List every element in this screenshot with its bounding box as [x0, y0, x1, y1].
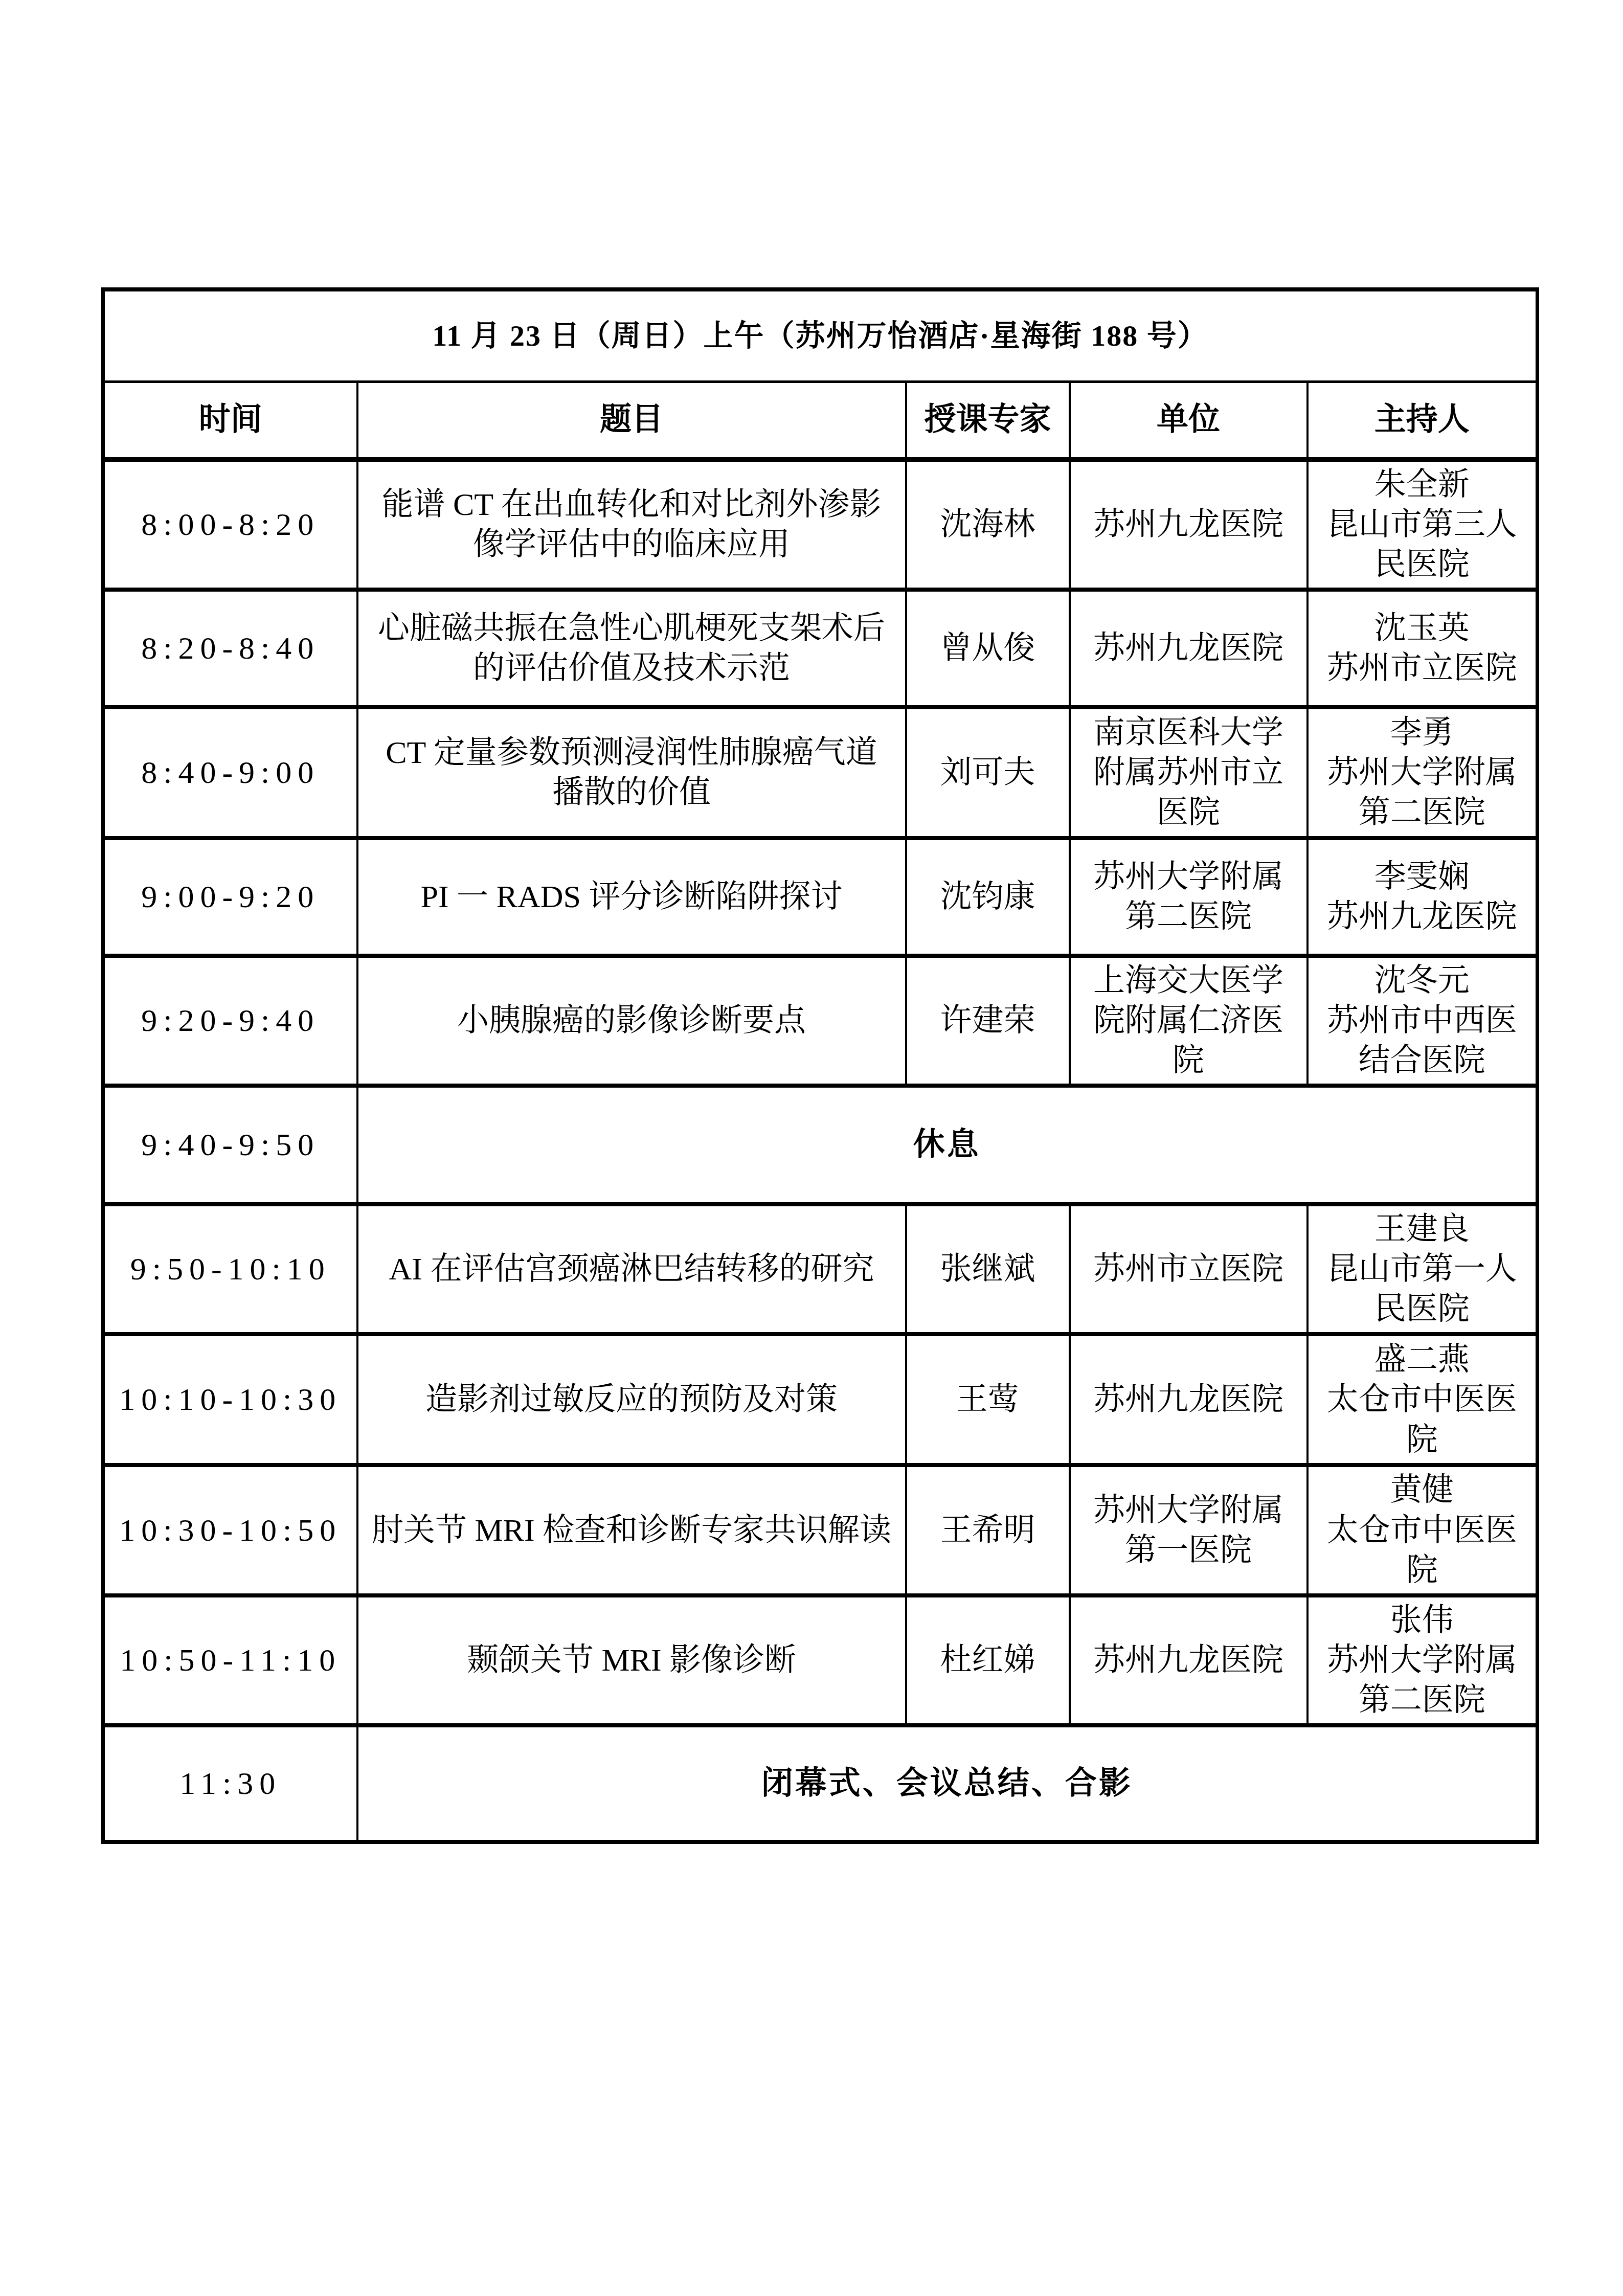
- host-unit: 昆山市第三人民医院: [1317, 505, 1528, 584]
- topic-cell: 肘关节 MRI 检查和诊断专家共识解读: [357, 1465, 906, 1595]
- column-header-row: 时间 题目 授课专家 单位 主持人: [103, 381, 1538, 459]
- unit-cell: 苏州大学附属第二医院: [1070, 838, 1308, 956]
- speaker-cell: 曾从俊: [906, 590, 1070, 707]
- speaker-cell: 许建荣: [906, 956, 1070, 1086]
- speaker-cell: 杜红娣: [906, 1595, 1070, 1725]
- host-name: 张伟: [1317, 1601, 1528, 1640]
- host-unit: 昆山市第一人民医院: [1317, 1249, 1528, 1329]
- host-cell: 李雯娴苏州九龙医院: [1308, 838, 1538, 956]
- topic-cell: 能谱 CT 在出血转化和对比剂外渗影像学评估中的临床应用: [357, 459, 906, 590]
- host-unit: 太仓市中医医院: [1317, 1380, 1528, 1459]
- col-header-time: 时间: [103, 381, 357, 459]
- host-cell: 王建良昆山市第一人民医院: [1308, 1204, 1538, 1334]
- host-cell: 朱全新昆山市第三人民医院: [1308, 459, 1538, 590]
- topic-cell: 小胰腺癌的影像诊断要点: [357, 956, 906, 1086]
- topic-cell: 造影剂过敏反应的预防及对策: [357, 1334, 906, 1465]
- document-page: { "page": { "paper_color": "#ffffff", "i…: [0, 0, 1623, 2296]
- host-name: 李勇: [1317, 713, 1528, 753]
- schedule-row: 8:40-9:00CT 定量参数预测浸润性肺腺癌气道播散的价值刘可夫南京医科大学…: [103, 707, 1538, 838]
- col-header-unit: 单位: [1070, 381, 1308, 459]
- host-name: 李雯娴: [1317, 857, 1528, 897]
- topic-cell: CT 定量参数预测浸润性肺腺癌气道播散的价值: [357, 707, 906, 838]
- time-cell: 9:40-9:50: [103, 1086, 357, 1204]
- host-unit: 苏州市中西医结合医院: [1317, 1001, 1528, 1081]
- unit-cell: 苏州九龙医院: [1070, 1334, 1308, 1465]
- schedule-row: 9:00-9:20PI 一 RADS 评分诊断陷阱探讨沈钧康苏州大学附属第二医院…: [103, 838, 1538, 956]
- unit-cell: 南京医科大学附属苏州市立医院: [1070, 707, 1308, 838]
- merged-session-cell: 休息: [357, 1086, 1538, 1204]
- host-name: 沈冬元: [1317, 961, 1528, 1001]
- speaker-cell: 沈钧康: [906, 838, 1070, 956]
- host-name: 王建良: [1317, 1209, 1528, 1249]
- table-body: 8:00-8:20能谱 CT 在出血转化和对比剂外渗影像学评估中的临床应用沈海林…: [103, 459, 1538, 1842]
- time-cell: 10:30-10:50: [103, 1465, 357, 1595]
- conference-schedule-table: 11 月 23 日（周日）上午（苏州万怡酒店·星海街 188 号） 时间 题目 …: [101, 287, 1539, 1844]
- schedule-row: 9:50-10:10AI 在评估宫颈癌淋巴结转移的研究张继斌苏州市立医院王建良昆…: [103, 1204, 1538, 1334]
- topic-cell: 颞颌关节 MRI 影像诊断: [357, 1595, 906, 1725]
- time-cell: 9:50-10:10: [103, 1204, 357, 1334]
- schedule-row: 8:20-8:40心脏磁共振在急性心肌梗死支架术后的评估价值及技术示范曾从俊苏州…: [103, 590, 1538, 707]
- unit-cell: 苏州九龙医院: [1070, 459, 1308, 590]
- host-cell: 盛二燕太仓市中医医院: [1308, 1334, 1538, 1465]
- unit-cell: 苏州大学附属第一医院: [1070, 1465, 1308, 1595]
- host-unit: 苏州大学附属第二医院: [1317, 1640, 1528, 1720]
- unit-cell: 苏州市立医院: [1070, 1204, 1308, 1334]
- merged-session-row: 9:40-9:50休息: [103, 1086, 1538, 1204]
- speaker-cell: 王希明: [906, 1465, 1070, 1595]
- topic-cell: 心脏磁共振在急性心肌梗死支架术后的评估价值及技术示范: [357, 590, 906, 707]
- topic-cell: AI 在评估宫颈癌淋巴结转移的研究: [357, 1204, 906, 1334]
- schedule-row: 8:00-8:20能谱 CT 在出血转化和对比剂外渗影像学评估中的临床应用沈海林…: [103, 459, 1538, 590]
- time-cell: 9:20-9:40: [103, 956, 357, 1086]
- host-name: 盛二燕: [1317, 1340, 1528, 1380]
- time-cell: 10:50-11:10: [103, 1595, 357, 1725]
- host-name: 黄健: [1317, 1470, 1528, 1510]
- time-cell: 9:00-9:20: [103, 838, 357, 956]
- speaker-cell: 王莺: [906, 1334, 1070, 1465]
- host-unit: 太仓市中医医院: [1317, 1511, 1528, 1590]
- time-cell: 8:40-9:00: [103, 707, 357, 838]
- time-cell: 8:00-8:20: [103, 459, 357, 590]
- host-cell: 沈玉英苏州市立医院: [1308, 590, 1538, 707]
- unit-cell: 苏州九龙医院: [1070, 590, 1308, 707]
- time-cell: 8:20-8:40: [103, 590, 357, 707]
- host-unit: 苏州九龙医院: [1317, 897, 1528, 937]
- host-unit: 苏州市立医院: [1317, 648, 1528, 688]
- merged-session-row: 11:30闭幕式、会议总结、合影: [103, 1725, 1538, 1842]
- speaker-cell: 沈海林: [906, 459, 1070, 590]
- schedule-row: 10:50-11:10颞颌关节 MRI 影像诊断杜红娣苏州九龙医院张伟苏州大学附…: [103, 1595, 1538, 1725]
- time-cell: 10:10-10:30: [103, 1334, 357, 1465]
- col-header-host: 主持人: [1308, 381, 1538, 459]
- speaker-cell: 刘可夫: [906, 707, 1070, 838]
- host-name: 朱全新: [1317, 465, 1528, 505]
- host-unit: 苏州大学附属第二医院: [1317, 753, 1528, 832]
- host-name: 沈玉英: [1317, 609, 1528, 648]
- session-title-row: 11 月 23 日（周日）上午（苏州万怡酒店·星海街 188 号）: [103, 289, 1538, 381]
- table-head: 11 月 23 日（周日）上午（苏州万怡酒店·星海街 188 号） 时间 题目 …: [103, 289, 1538, 459]
- col-header-topic: 题目: [357, 381, 906, 459]
- col-header-speaker: 授课专家: [906, 381, 1070, 459]
- host-cell: 李勇苏州大学附属第二医院: [1308, 707, 1538, 838]
- session-title: 11 月 23 日（周日）上午（苏州万怡酒店·星海街 188 号）: [103, 289, 1538, 381]
- topic-cell: PI 一 RADS 评分诊断陷阱探讨: [357, 838, 906, 956]
- merged-session-cell: 闭幕式、会议总结、合影: [357, 1725, 1538, 1842]
- schedule-row: 10:10-10:30造影剂过敏反应的预防及对策王莺苏州九龙医院盛二燕太仓市中医…: [103, 1334, 1538, 1465]
- unit-cell: 苏州九龙医院: [1070, 1595, 1308, 1725]
- host-cell: 黄健太仓市中医医院: [1308, 1465, 1538, 1595]
- speaker-cell: 张继斌: [906, 1204, 1070, 1334]
- time-cell: 11:30: [103, 1725, 357, 1842]
- host-cell: 沈冬元苏州市中西医结合医院: [1308, 956, 1538, 1086]
- schedule-row: 10:30-10:50肘关节 MRI 检查和诊断专家共识解读王希明苏州大学附属第…: [103, 1465, 1538, 1595]
- unit-cell: 上海交大医学院附属仁济医院: [1070, 956, 1308, 1086]
- schedule-row: 9:20-9:40小胰腺癌的影像诊断要点许建荣上海交大医学院附属仁济医院沈冬元苏…: [103, 956, 1538, 1086]
- host-cell: 张伟苏州大学附属第二医院: [1308, 1595, 1538, 1725]
